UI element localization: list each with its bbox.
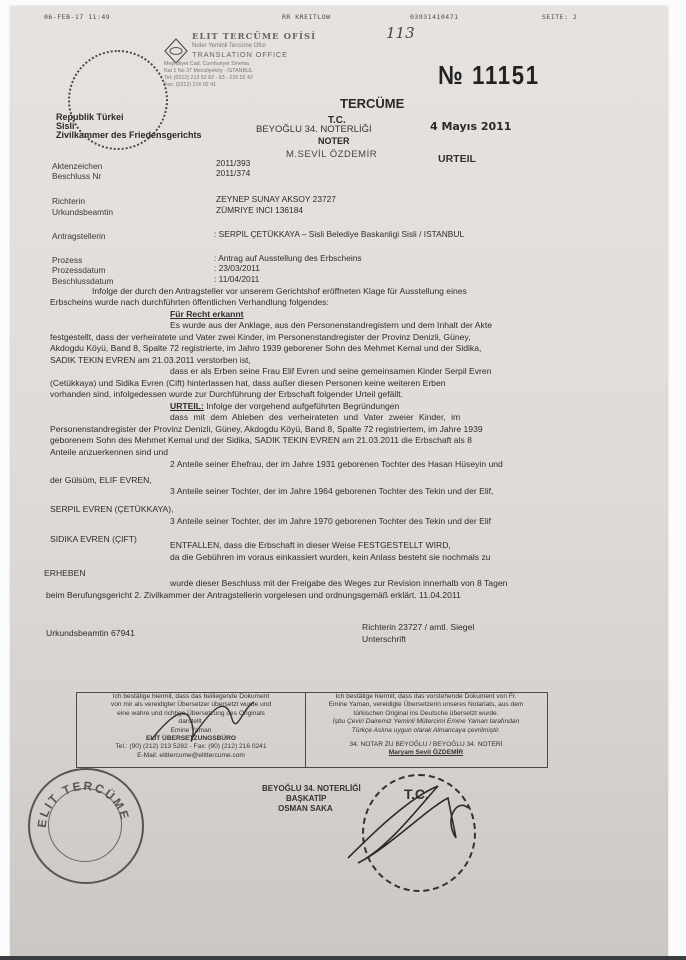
body-text: Anteile anzuerkennen sind und [50,447,168,457]
body-text: Erbscheins wurde nach durchführten öffen… [50,297,329,307]
body-text: SADIK TEKIN EVREN am 21.03.2011 verstorb… [50,355,251,365]
body-text: SIDIKA EVREN (ÇIFT) [50,534,137,544]
noter-label: NOTER [318,136,350,146]
body-text: der Gülsüm, ELIF EVREN, [50,475,152,485]
notary-date-stamp: 4 Mayıs 2011 [430,120,511,133]
body-text: dass mit dem Ableben des verheirateten u… [170,412,460,422]
field-value: : Antrag auf Ausstellung des Erbscheins [214,253,362,263]
notary-signature-icon [328,778,478,868]
tercume-label: TERCÜME [340,96,404,111]
notary-certification: Ich bestätige hiermit, dass das vorstehe… [306,693,546,767]
svg-text:ELIT TERCÜME OFİSİ: ELIT TERCÜME OFİSİ [28,768,133,828]
body-text: festgestellt, dass der verheiratete und … [50,332,471,342]
body-text: (Cetükkaya) und Sidika Evren (Cift) hint… [50,378,446,388]
fax-number: 03931410471 [410,13,459,21]
body-text: Infolge der durch den Antragsteller vor … [92,286,467,296]
body-text: 3 Anteile seiner Tochter, der im Jahre 1… [170,516,491,526]
document-number: № 11151 [438,60,540,91]
body-text: 3 Anteile seiner Tochter, der im Jahre 1… [170,486,493,496]
field-value: ZEYNEP SUNAY AKSOY 23727 [216,194,336,204]
handwritten-note: 113 [386,24,415,42]
field-label: Antragstellerin [52,231,106,241]
body-text: wurde dieser Beschluss mit der Freigabe … [170,578,507,588]
translation-office-stamp: ELIT TERCÜME OFİSİ Noter Yeminli Tercüme… [160,30,330,94]
judge-signature-label: Unterschrift [362,634,406,644]
fax-page: SEITE: 2 [542,13,577,21]
body-text: URTEIL: Infolge der vorgehend aufgeführt… [170,401,399,411]
chief-clerk-title: BAŞKATİP [286,794,326,803]
document-page: 06-FEB-17 11:49 RR KREITLOW 03931410471 … [10,6,668,956]
section-heading: Für Recht erkannt [170,309,244,319]
urteil-label: URTEIL: [170,401,204,411]
court-chamber: Zivilkammer des Friedensgerichts [56,130,202,140]
body-text: ENTFALLEN, dass die Erbschaft in dieser … [170,540,451,550]
document-title: URTEIL [438,153,476,165]
field-value: ZÜMRIYE INCI 136184 [216,205,303,215]
field-value: : SERPIL ÇETÜKKAYA – Sisli Belediye Bask… [214,229,464,239]
field-label: Prozessdatum [52,265,106,275]
body-text: SERPIL EVREN (ÇETÜKKAYA), [50,504,174,514]
notary-office: BEYOĞLU 34. NOTERLİĞİ [256,124,372,135]
fax-sender: RR KREITLOW [282,13,331,21]
body-text: 2 Anteile seiner Ehefrau, der im Jahre 1… [170,459,503,469]
field-value: : 23/03/2011 [214,263,260,273]
translator-signature-icon [142,694,262,754]
body-text: beim Berufungsgericht 2. Zivilkammer der… [46,590,461,600]
body-text: geborenem Sohn des Mehmet Kemal und der … [50,435,472,445]
field-label: Aktenzeichen [52,161,102,171]
body-text: ERHEBEN [44,568,86,578]
field-label: Beschluss Nr [52,171,101,181]
viewer-bottom-bar [0,956,686,960]
chief-clerk-name: OSMAN SAKA [278,804,333,813]
clerk-signature: Urkundsbeamtin 67941 [46,628,135,638]
body-text: Personenstandregister der Provinz Denizl… [50,424,483,434]
body-text: Akdogdu Köyü, Band 8, Spalte 72 registri… [50,343,481,353]
elit-translation-seal: ELIT TERCÜME OFİSİ [28,768,144,884]
body-text: dass er als Erben seine Frau Elif Evren … [170,366,491,376]
field-value: 2011/393 [216,158,250,168]
field-label: Richterin [52,196,85,206]
judge-signature: Richterin 23727 / amtl. Siegel [362,622,474,632]
body-text: vorhanden sind, infolgedessen wurde zur … [50,389,403,399]
field-value: : 11/04/2011 [214,274,259,284]
field-label: Urkundsbeamtin [52,207,113,217]
body-text: Es wurde aus der Anklage, aus den Person… [170,320,492,330]
body-text: da die Gebühren im voraus einkassiert wu… [170,552,491,562]
field-value: 2011/374 [216,168,250,178]
field-label: Prozess [52,255,82,265]
field-label: Beschlussdatum [52,276,113,286]
fax-date-time: 06-FEB-17 11:49 [44,13,110,21]
notary-name: M.SEVİL ÖZDEMİR [286,149,377,160]
